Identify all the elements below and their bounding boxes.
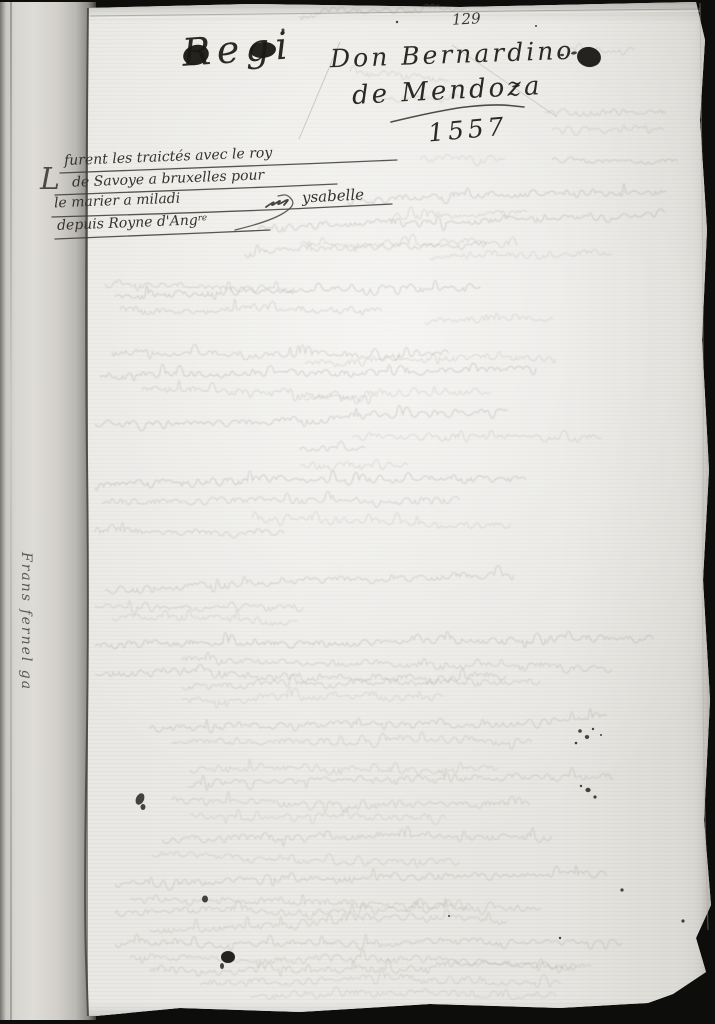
note-bracket: L [40,165,60,195]
photo-background: Frans fernel ga 129 Regi Don Bernardino … [0,0,715,1024]
marginal-note-line4-superscript: re [198,213,208,223]
marginal-note-ysabelle: ysabelle [302,187,365,205]
spine-margin-note: Frans fernel ga [18,552,34,691]
title-word-regi: Regi [181,26,295,72]
folio-number: 129 [452,11,481,27]
year-1557: 1557 [427,114,509,146]
